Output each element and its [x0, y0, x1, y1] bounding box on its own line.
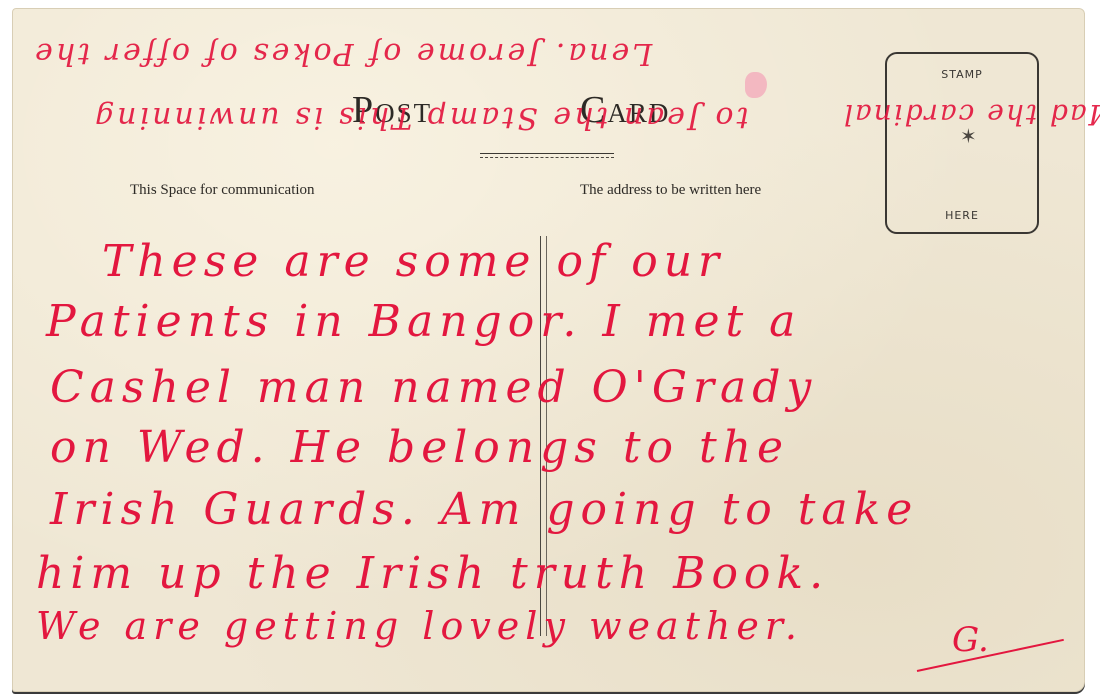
- body-line: Cashel man named O'Grady: [50, 362, 817, 413]
- body-line: him up the Irish truth Book.: [36, 548, 829, 599]
- inverted-line: of Mad the cardinal: [842, 98, 1100, 131]
- stamp-label-top: STAMP: [887, 68, 1037, 81]
- ink-blot: [745, 72, 767, 98]
- signature: G.: [952, 620, 989, 660]
- stamp-label-bottom: HERE: [887, 209, 1037, 222]
- body-line: These are some of our: [102, 236, 725, 287]
- inverted-line: Lena. Jerome of Pokes of offer the: [32, 36, 652, 71]
- postcard: Post Card This Space for communication T…: [12, 8, 1085, 692]
- address-label: The address to be written here: [580, 182, 761, 199]
- body-line: on Wed. He belongs to the: [50, 422, 789, 473]
- signature-flourish: [917, 639, 1064, 672]
- inverted-line: to Jean the Stamp This is unwinning: [92, 100, 749, 135]
- stamp-box: STAMP ✶ HERE: [885, 52, 1039, 234]
- body-line: Irish Guards. Am going to take: [50, 484, 918, 535]
- header-rule-dashed: [480, 157, 614, 158]
- header-rule: [480, 153, 614, 154]
- body-line: Patients in Bangor. I met a: [46, 296, 801, 347]
- communication-label: This Space for communication: [130, 182, 315, 199]
- body-line: We are getting lovely weather.: [36, 604, 803, 648]
